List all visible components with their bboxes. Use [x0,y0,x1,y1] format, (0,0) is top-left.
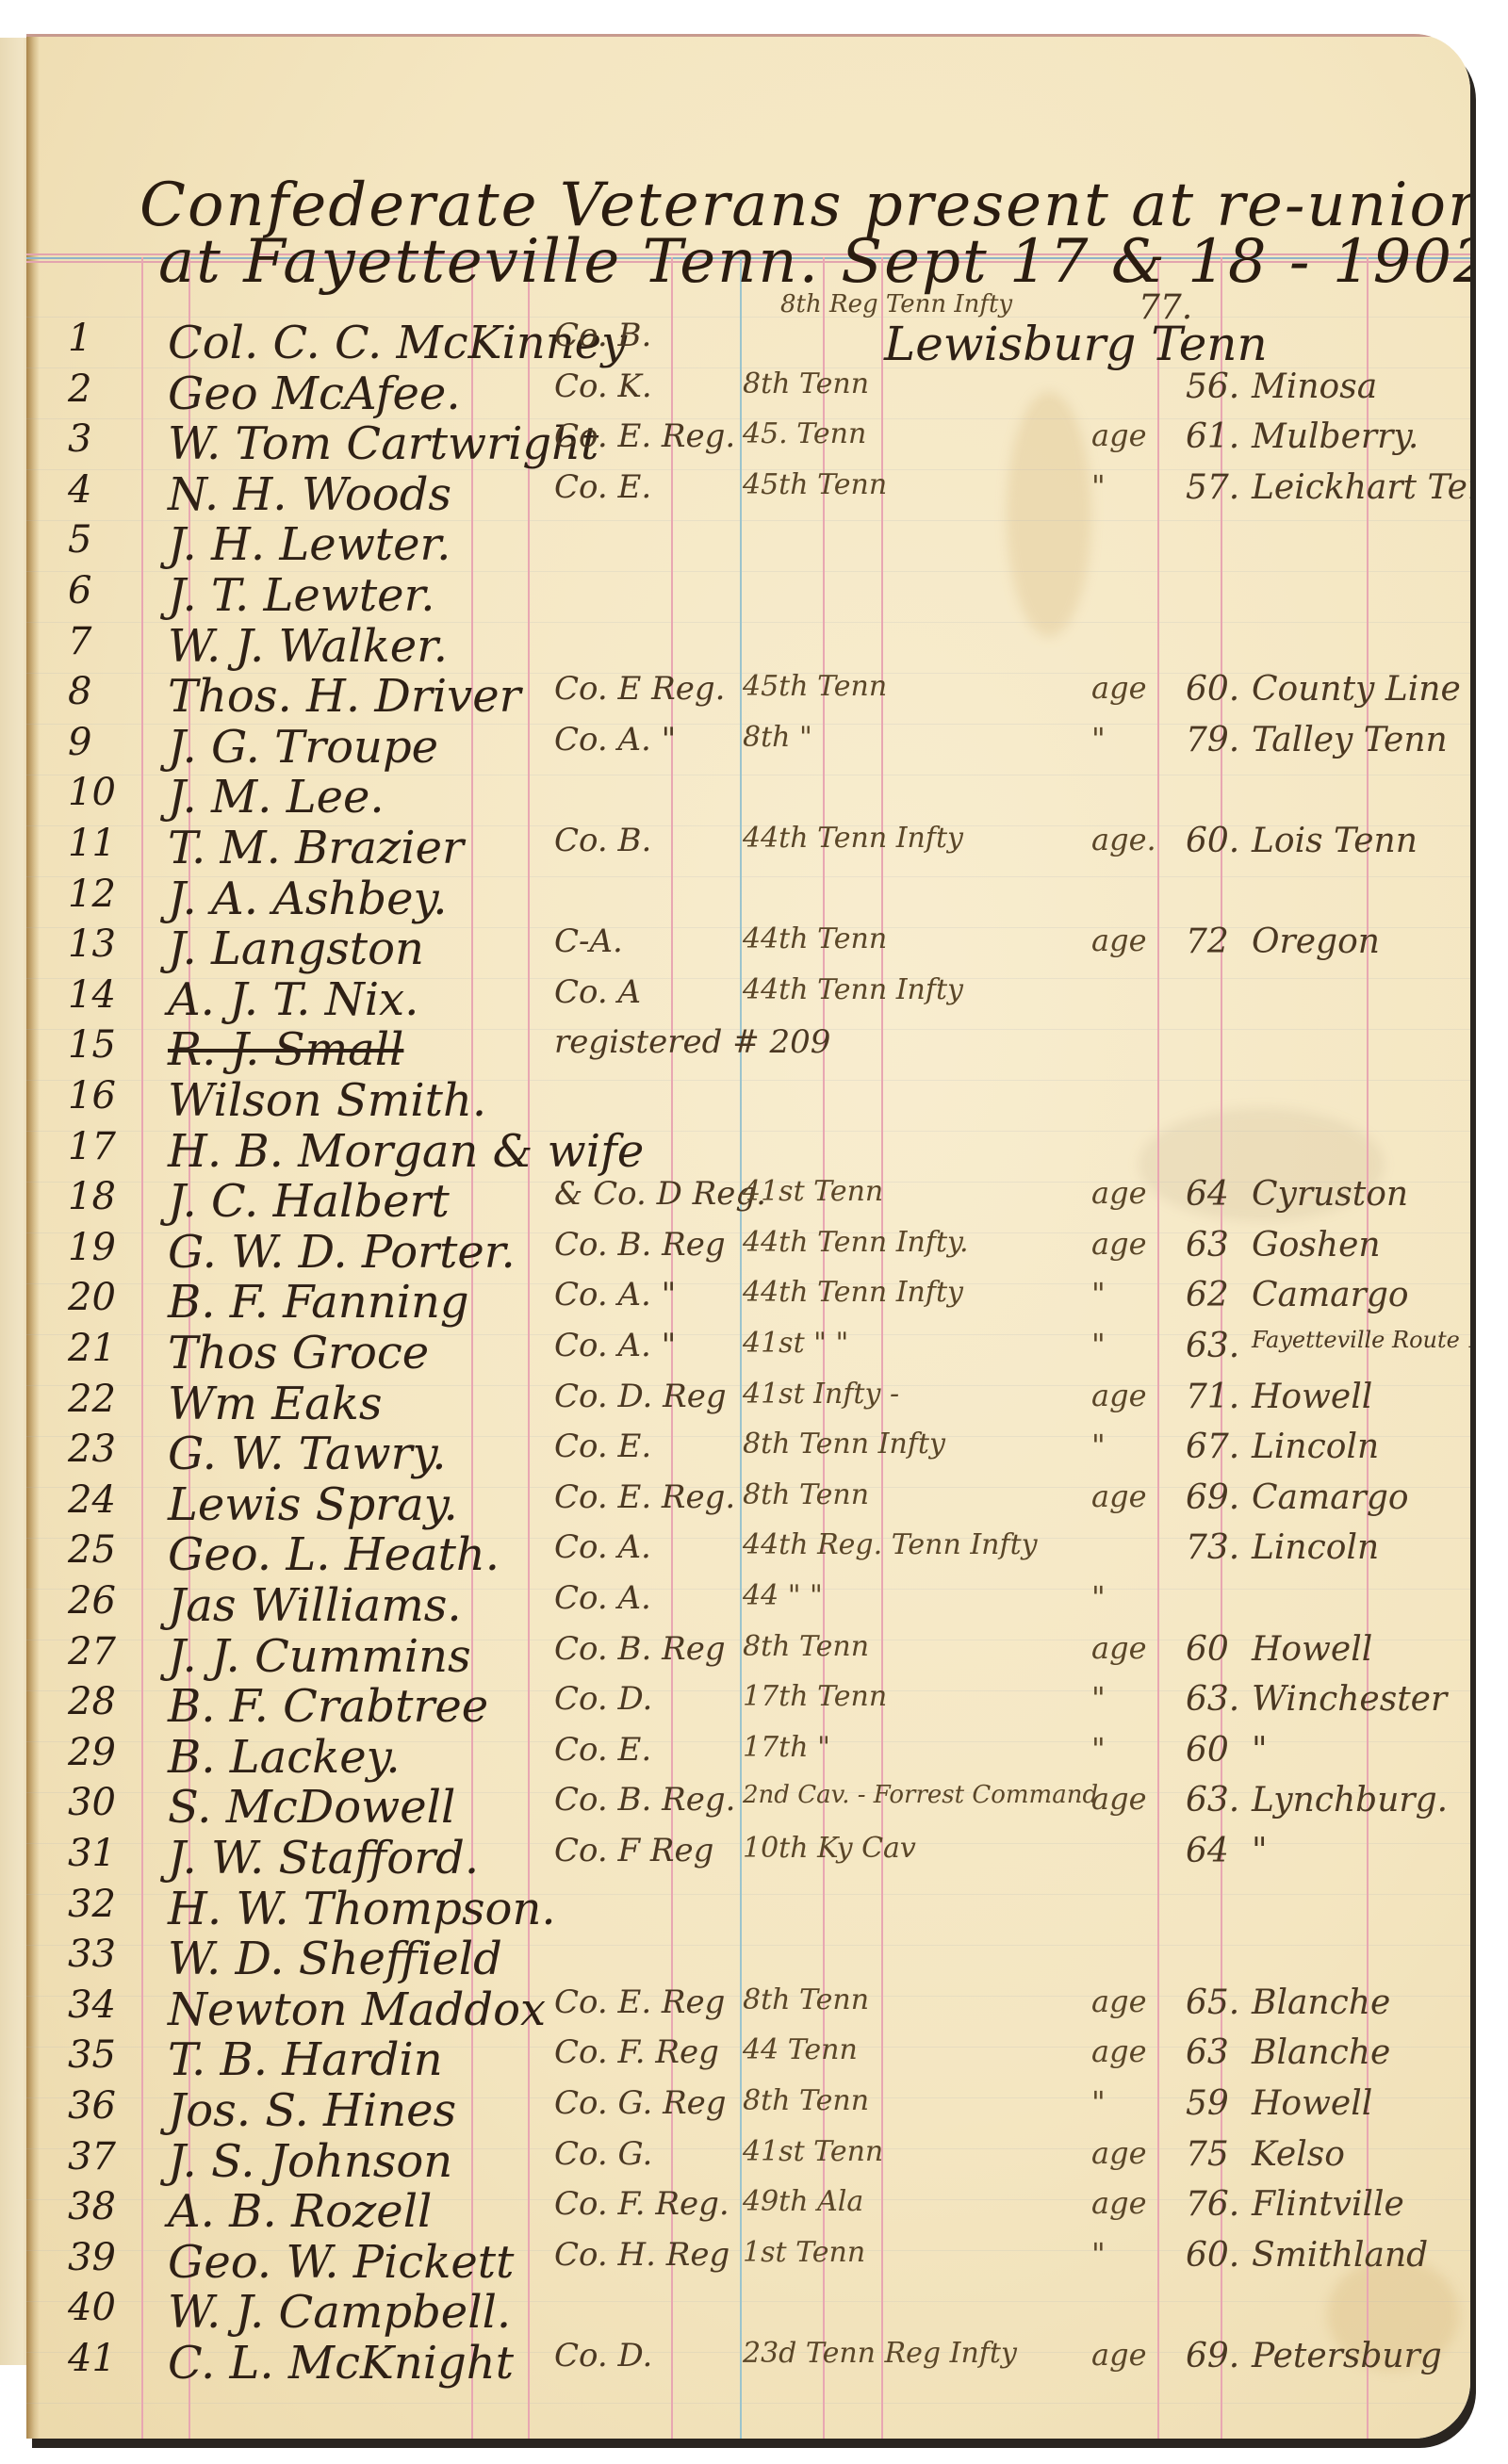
table-row: 35T. B. HardinCo. F. Reg44 Tennage63Blan… [26,2033,1470,2084]
row-number: 5 [68,518,91,562]
hometown: Blanche [1252,2033,1390,2072]
veteran-name: J. G. Troupe [168,721,438,774]
age-label: age [1091,1478,1147,1514]
company-regiment: Co. A. " [554,721,676,759]
table-row: 14A. J. T. Nix.Co. A44th Tenn Infty [26,973,1470,1024]
veteran-name: W. Tom Cartwright [168,417,598,470]
regiment-detail: 2nd Cav. - Forrest Command [743,1781,1098,1809]
table-row: 9J. G. TroupeCo. A. "8th ""79.Talley Ten… [26,721,1470,772]
row-number: 24 [68,1478,116,1522]
table-row: 28B. F. CrabtreeCo. D.17th Tenn"63.Winch… [26,1680,1470,1731]
table-row: 31J. W. Stafford.Co. F Reg10th Ky Cav64" [26,1832,1470,1883]
company-regiment: Co. F Reg [554,1832,713,1869]
row-number: 27 [68,1630,116,1673]
regiment-detail: 8th Tenn [743,1983,869,2016]
veteran-name: Geo. L. Heath. [168,1528,500,1581]
row-number: 31 [68,1832,116,1875]
ledger-page: Confederate Veterans present at re-union… [26,34,1470,2439]
row-number: 2 [68,367,91,411]
age-value: 62 [1186,1276,1229,1314]
regiment-detail: 44th Tenn Infty. [743,1226,969,1259]
hometown: Talley Tenn [1252,721,1448,759]
row-number: 33 [68,1933,116,1976]
regiment-detail: 41st Infty - [743,1378,899,1411]
company-regiment: Co. K. [554,367,652,405]
company-regiment: Co. A. " [554,1276,676,1314]
table-row: 8Thos. H. DriverCo. E Reg.45th Tennage60… [26,670,1470,721]
table-row: 2Geo McAfee.Co. K.8th Tenn56.Minosa [26,367,1470,418]
row-number: 40 [68,2286,116,2329]
row-number: 37 [68,2135,116,2178]
row-number: 22 [68,1378,116,1421]
row-number: 20 [68,1276,116,1319]
age-label: " [1091,721,1106,757]
company-regiment: Co. E. [554,468,651,506]
age-value: 67. [1186,1428,1239,1466]
hometown: Minosa [1252,367,1377,406]
table-row: 21Thos GroceCo. A. "41st " ""63.Fayettev… [26,1327,1470,1378]
veteran-name: B. F. Fanning [168,1276,469,1329]
company-regiment: Co. F. Reg. [554,2185,729,2223]
company-regiment: Co. E Reg. [554,670,725,708]
company-regiment: Co. A. [554,1528,651,1566]
row-number: 16 [68,1074,116,1118]
veteran-name: Geo McAfee. [168,367,461,420]
age-value: 71. [1186,1378,1239,1416]
age-value: 63. [1186,1781,1239,1819]
row-number: 41 [68,2337,116,2380]
veteran-name: Geo. W. Pickett [168,2236,514,2289]
age-label: age [1091,2033,1147,2069]
table-row: 7W. J. Walker. [26,620,1470,671]
company-regiment: Co. E. Reg [554,1983,725,2021]
table-row: 4N. H. WoodsCo. E.45th Tenn"57.Leickhart… [26,468,1470,519]
hometown: Howell [1252,1630,1372,1669]
hometown: Lincoln [1252,1428,1379,1466]
company-regiment: Co. B. Reg. [554,1781,735,1819]
row-number: 30 [68,1781,116,1824]
table-row: 23G. W. Tawry.Co. E.8th Tenn Infty"67.Li… [26,1428,1470,1478]
row-number: 12 [68,873,116,916]
page-title-line-2: at Fayetteville Tenn. Sept 17 & 18 - 190… [158,227,1470,297]
row-number: 14 [68,973,116,1017]
table-row: 6J. T. Lewter. [26,569,1470,620]
regiment-detail: 45. Tenn [743,417,866,450]
age-value: 79. [1186,721,1239,759]
table-row: 30S. McDowellCo. B. Reg.2nd Cav. - Forre… [26,1781,1470,1832]
hometown: " [1252,1832,1268,1870]
age-value: 61. [1186,417,1239,456]
company-regiment: Co. G. Reg [554,2084,727,2122]
age-label: " [1091,1327,1106,1363]
age-label: " [1091,468,1106,504]
veteran-name: Wilson Smith. [168,1074,486,1127]
age-label: age [1091,1781,1147,1817]
veteran-name: N. H. Woods [168,468,451,521]
row-number: 7 [68,620,91,663]
company-regiment: Co. E. [554,1428,651,1465]
regiment-detail: 41st Tenn [743,2135,883,2168]
regiment-detail: 8th Tenn [743,367,869,400]
veteran-name: Thos Groce [168,1327,429,1379]
regiment-detail: 8th Tenn [743,1478,869,1511]
table-row: 26Jas Williams.Co. A.44 " "" [26,1579,1470,1630]
age-label: " [1091,2084,1106,2120]
age-value: 69. [1186,2337,1239,2375]
company-regiment: Co. E. Reg. [554,1478,735,1516]
company-regiment: registered # 209 [554,1023,830,1061]
row-number: 13 [68,922,116,966]
company-regiment: Co. A [554,973,641,1011]
hometown: Howell [1252,2084,1372,2123]
age-value: 64 [1186,1832,1229,1870]
regiment-detail: 44th Tenn Infty [743,1276,963,1309]
hometown: Howell [1252,1378,1372,1416]
company-regiment: Co. G. [554,2135,652,2173]
age-value: 65. [1186,1983,1239,2022]
age-value: 64 [1186,1175,1229,1214]
hometown: Petersburg [1252,2337,1442,2375]
row-number: 34 [68,1983,116,2027]
table-row: 19G. W. D. Porter.Co. B. Reg44th Tenn In… [26,1226,1470,1277]
company-regiment: Co. D. [554,1680,652,1718]
regiment-detail: 8th " [743,721,812,754]
row-number: 39 [68,2236,116,2279]
row-number: 26 [68,1579,116,1623]
hometown: Camargo [1252,1478,1409,1517]
page-top-edge [26,34,1433,37]
age-label: age. [1091,822,1156,857]
hometown: Lewisburg Tenn [884,317,1268,371]
company-regiment: C-A. [554,922,623,960]
veteran-name: Jas Williams. [168,1579,462,1632]
veteran-name: Newton Maddox [168,1983,546,2036]
age-value: 73. [1186,1528,1239,1567]
veteran-name: W. J. Campbell. [168,2286,511,2339]
company-regiment: Co. B. Reg [554,1226,726,1264]
row-number: 8 [68,670,91,713]
age-label: " [1091,2236,1106,2272]
age-value: 59 [1186,2084,1229,2123]
veteran-name: H. B. Morgan & wife [168,1125,644,1178]
regiment-detail: 1st Tenn [743,2236,865,2269]
age-value: 56. [1186,367,1239,406]
regiment-detail: 10th Ky Cav [743,1832,916,1865]
row-number: 21 [68,1327,116,1370]
table-row: 10J. M. Lee. [26,771,1470,822]
row-number: 32 [68,1883,116,1926]
veteran-name: J. A. Ashbey. [168,873,448,925]
table-row: 16Wilson Smith. [26,1074,1470,1125]
table-row: 41C. L. McKnightCo. D.23d Tenn Reg Infty… [26,2337,1470,2388]
veteran-name: S. McDowell [168,1781,455,1834]
hometown: Winchester [1252,1680,1447,1719]
age-label: age [1091,1226,1147,1262]
regiment-detail: 45th Tenn [743,670,887,703]
row-number: 1 [68,317,91,360]
table-row: 33W. D. Sheffield [26,1933,1470,1983]
table-row: 5J. H. Lewter. [26,518,1470,569]
table-row: 15R. J. Smallregistered # 209 [26,1023,1470,1074]
regiment-detail: 49th Ala [743,2185,863,2218]
veteran-name: J. H. Lewter. [168,518,451,571]
veteran-name: Jos. S. Hines [168,2084,456,2137]
company-regiment: Co. H. Reg [554,2236,729,2274]
hometown: " [1252,1731,1268,1770]
age-label: " [1091,1276,1106,1312]
row-number: 15 [68,1023,116,1067]
regiment-detail: 44 Tenn [743,2033,858,2066]
veteran-name: B. Lackey. [168,1731,401,1784]
table-row: 22Wm EaksCo. D. Reg41st Infty -age71.How… [26,1378,1470,1428]
veteran-name: W. D. Sheffield [168,1933,502,1985]
veteran-name: G. W. Tawry. [168,1428,447,1480]
row-number: 9 [68,721,91,764]
table-row: 11T. M. BrazierCo. B.44th Tenn Inftyage.… [26,822,1470,873]
writing-line [26,2403,1470,2404]
veteran-name: H. W. Thompson. [168,1883,556,1935]
hometown: Goshen [1252,1226,1381,1265]
age-value: 63 [1186,2033,1229,2072]
regiment-detail: 23d Tenn Reg Infty [743,2337,1017,2370]
table-row: 3W. Tom CartwrightCo. E. Reg.45. Tennage… [26,417,1470,468]
table-row: 27J. J. CumminsCo. B. Reg8th Tennage60Ho… [26,1630,1470,1681]
veteran-name: J. T. Lewter. [168,569,435,622]
hometown: Flintville [1252,2185,1404,2224]
hometown: Lynchburg. [1252,1781,1448,1819]
table-row: 38A. B. RozellCo. F. Reg.49th Alaage76.F… [26,2185,1470,2236]
hometown: Camargo [1252,1276,1409,1314]
veteran-name: Wm Eaks [168,1378,382,1430]
age-value: 69. [1186,1478,1239,1517]
regiment-detail: 17th Tenn [743,1680,887,1713]
company-regiment: Co. D. Reg [554,1378,727,1415]
age-label: " [1091,1731,1106,1767]
age-value: 63 [1186,1226,1229,1265]
veteran-name: B. F. Crabtree [168,1680,488,1733]
row-number: 17 [68,1125,116,1168]
table-row: 20B. F. FanningCo. A. "44th Tenn Infty"6… [26,1276,1470,1327]
regiment-detail: 44th Tenn Infty [743,973,963,1006]
hometown: Blanche [1252,1983,1390,2022]
row-number: 6 [68,569,91,612]
regiment-detail: 41st " " [743,1327,848,1360]
age-label: " [1091,1680,1106,1716]
row-number: 10 [68,771,116,814]
hometown: Leickhart Tenn [1252,468,1470,507]
table-row: 12J. A. Ashbey. [26,873,1470,923]
row-number: 11 [68,822,116,865]
regiment-detail: 8th Tenn [743,2084,869,2117]
table-row: 13J. LangstonC-A.44th Tennage72Oregon [26,922,1470,973]
hometown: Cyruston [1252,1175,1408,1214]
table-row: 29B. Lackey.Co. E.17th ""60" [26,1731,1470,1782]
veteran-name: J. W. Stafford. [168,1832,479,1885]
veteran-name: W. J. Walker. [168,620,448,673]
company-regiment: Co. A. [554,1579,651,1617]
veteran-name: T. M. Brazier [168,822,464,874]
age-value: 63. [1186,1680,1239,1719]
hometown: Oregon [1252,922,1380,961]
regiment-detail: 8th Tenn Infty [743,1428,945,1460]
regiment-detail: 44 " " [743,1579,823,1612]
age-value: 60 [1186,1731,1229,1770]
age-value: 60. [1186,670,1239,709]
age-label: age [1091,1983,1147,2019]
regiment-detail: 45th Tenn [743,468,887,501]
regiment-detail: 44th Tenn [743,922,887,955]
company-regiment: & Co. D Reg. [554,1175,766,1213]
veteran-name: J. M. Lee. [168,771,385,824]
table-row: 25Geo. L. Heath.Co. A.44th Reg. Tenn Inf… [26,1528,1470,1579]
hometown: Lincoln [1252,1528,1379,1567]
row-number: 3 [68,417,91,461]
veteran-name: J. C. Halbert [168,1175,450,1228]
row-number: 29 [68,1731,116,1774]
row-number: 19 [68,1226,116,1269]
veteran-name: C. L. McKnight [168,2337,514,2390]
veteran-name: A. B. Rozell [168,2185,432,2238]
veteran-name: Lewis Spray. [168,1478,458,1531]
regiment-detail: 41st Tenn [743,1175,883,1208]
regiment-detail: 44th Tenn Infty [743,822,963,855]
veteran-name: J. S. Johnson [168,2135,452,2188]
age-label: age [1091,2337,1147,2373]
row-number: 38 [68,2185,116,2228]
row-number: 25 [68,1528,116,1572]
row-number: 35 [68,2033,116,2077]
age-label: age [1091,922,1147,958]
hometown: Fayetteville Route 1 [1252,1327,1470,1353]
company-regiment: Co. D. [554,2337,652,2374]
age-value: 75 [1186,2135,1229,2174]
regiment-detail: 17th " [743,1731,830,1764]
age-label: " [1091,1428,1106,1463]
hometown: Kelso [1252,2135,1345,2174]
age-label: age [1091,1378,1147,1413]
company-regiment: Co. A. " [554,1327,676,1364]
hometown: Smithland [1252,2236,1428,2275]
row-number: 28 [68,1680,116,1723]
table-row: 36Jos. S. HinesCo. G. Reg8th Tenn"59Howe… [26,2084,1470,2135]
company-regiment: Co. B. Reg [554,1630,726,1668]
veteran-name: Thos. H. Driver [168,670,521,723]
age-value: 76. [1186,2185,1239,2224]
age-label: " [1091,1579,1106,1615]
age-label: age [1091,1630,1147,1666]
age-label: age [1091,670,1147,706]
veteran-name: A. J. T. Nix. [168,973,418,1026]
table-row: 34Newton MaddoxCo. E. Reg8th Tennage65.B… [26,1983,1470,2034]
veteran-name: T. B. Hardin [168,2033,443,2086]
table-row: 37J. S. JohnsonCo. G.41st Tennage75Kelso [26,2135,1470,2186]
company-regiment: Co. B. [554,822,651,859]
company-regiment: Co. F. Reg [554,2033,719,2071]
age-value: 57. [1186,468,1239,507]
age-label: age [1091,2135,1147,2171]
age-label: age [1091,1175,1147,1211]
hometown: Mulberry. [1252,417,1418,456]
row-number: 4 [68,468,91,512]
table-row: 40W. J. Campbell. [26,2286,1470,2337]
age-value: 60 [1186,1630,1229,1669]
regiment-detail: 8th Reg Tenn Infty [780,290,1012,318]
table-row: 1Col. C. C. McKinneyCo. B.8th Reg Tenn I… [26,317,1470,367]
row-number: 23 [68,1428,116,1471]
regiment-detail: 8th Tenn [743,1630,869,1663]
veteran-name: J. Langston [168,922,424,975]
veteran-name: R. J. Small [168,1023,403,1076]
row-number: 36 [68,2084,116,2128]
age-value: 60. [1186,822,1239,860]
hometown: Lois Tenn [1252,822,1418,860]
table-row: 32H. W. Thompson. [26,1883,1470,1934]
age-value: 60. [1186,2236,1239,2275]
company-regiment: Co. E. [554,1731,651,1769]
regiment-detail: 44th Reg. Tenn Infty [743,1528,1038,1561]
company-regiment: Co. B. [554,317,651,354]
table-row: 39Geo. W. PickettCo. H. Reg1st Tenn"60.S… [26,2236,1470,2287]
table-row: 24Lewis Spray.Co. E. Reg.8th Tennage69.C… [26,1478,1470,1529]
company-regiment: Co. E. Reg. [554,417,735,455]
table-row: 18J. C. Halbert& Co. D Reg.41st Tennage6… [26,1175,1470,1226]
age-value: 72 [1186,922,1229,961]
hometown: County Line [1252,670,1461,709]
row-number: 18 [68,1175,116,1218]
age-label: age [1091,417,1147,453]
age-label: age [1091,2185,1147,2221]
veteran-name: G. W. D. Porter. [168,1226,516,1279]
age-value: 63. [1186,1327,1239,1365]
veteran-name: J. J. Cummins [168,1630,471,1683]
table-row: 17H. B. Morgan & wife [26,1125,1470,1176]
